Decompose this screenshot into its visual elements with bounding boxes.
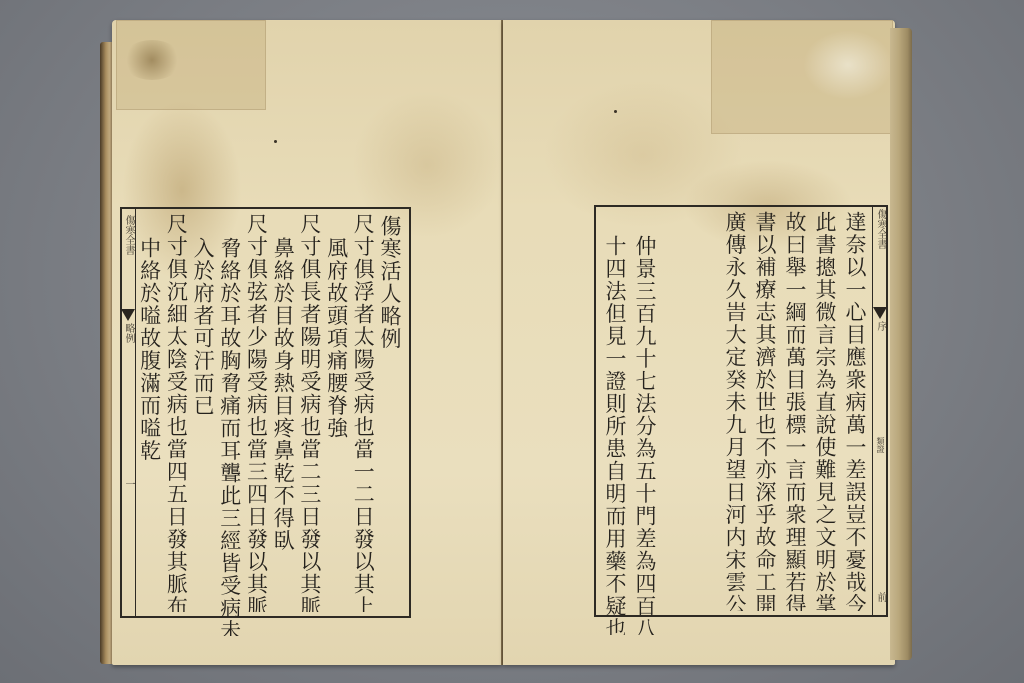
blank-column bbox=[690, 211, 720, 611]
text-column: 達奈以一心目應衆病萬一差誤豈不憂哉今則 bbox=[840, 211, 870, 611]
text-column: 此書摠其微言宗為直說使難見之文明於掌上 bbox=[810, 211, 840, 611]
text-column: 故曰舉一綱而萬目張標一言而衆理顯若得是 bbox=[780, 211, 810, 611]
text-columns: 達奈以一心目應衆病萬一差誤豈不憂哉今則 此書摠其微言宗為直說使難見之文明於掌上 … bbox=[600, 211, 870, 611]
ink-speck bbox=[274, 140, 277, 143]
ink-speck bbox=[614, 110, 617, 113]
fishtail-mark-icon bbox=[121, 309, 135, 321]
fold-section: 略例 bbox=[121, 323, 135, 343]
text-column: 十四法但見一證則所患自明而用藥不疑也 bbox=[600, 211, 630, 635]
fold-title: 傷寒全書 bbox=[873, 209, 887, 249]
fishtail-mark-icon bbox=[873, 307, 887, 319]
text-column: 書以補療志其濟於世也不亦深乎故命工開版 bbox=[750, 211, 780, 611]
fold-bottom-mark: 前 bbox=[873, 592, 887, 602]
open-book: 傷寒全書 略例 一 傷寒活人略例 尺寸俱浮者太陽受病也當一二日發以其上連 風府故… bbox=[0, 0, 1024, 683]
text-column: 仲景三百九十七法分為五十門差為四百八 bbox=[630, 211, 660, 635]
fold-page-mark: 類證 bbox=[873, 437, 887, 453]
fold-title: 傷寒全書 bbox=[121, 215, 135, 255]
page-edges bbox=[890, 28, 912, 660]
text-column: 尺寸俱弦者少陽受病也當三四日發以其脈循 bbox=[245, 213, 272, 612]
fold-section: 序 bbox=[873, 321, 887, 331]
text-columns: 傷寒活人略例 尺寸俱浮者太陽受病也當一二日發以其上連 風府故頭項痛腰脊強 尺寸俱… bbox=[138, 213, 405, 612]
text-column: 尺寸俱沉細太陰受病也當四五日發其脈布胃 bbox=[165, 213, 192, 612]
fold-margin: 傷寒全書 序 類證 前 bbox=[872, 207, 888, 615]
text-column: 尺寸俱長者陽明受病也當二三日發以其脈夾 bbox=[298, 213, 325, 612]
paper-repair-patch bbox=[116, 20, 266, 110]
text-column: 風府故頭項痛腰脊強 bbox=[325, 213, 352, 636]
text-column: 脅絡於耳故胸脅痛而耳聾此三經皆受病未 bbox=[218, 213, 245, 636]
text-column: 入於府者可汗而已 bbox=[191, 213, 218, 636]
paper-repair-patch bbox=[711, 20, 893, 134]
blank-column bbox=[660, 211, 690, 611]
text-column: 尺寸俱浮者太陽受病也當一二日發以其上連 bbox=[352, 213, 379, 612]
left-text-frame: 傷寒全書 略例 一 傷寒活人略例 尺寸俱浮者太陽受病也當一二日發以其上連 風府故… bbox=[120, 207, 411, 618]
text-column: 鼻絡於目故身熱目疼鼻乾不得臥 bbox=[271, 213, 298, 636]
text-column: 中絡於嗌故腹滿而嗌乾 bbox=[138, 213, 165, 636]
heading-column: 傷寒活人略例 bbox=[378, 213, 405, 614]
right-text-frame: 傷寒全書 序 類證 前 達奈以一心目應衆病萬一差誤豈不憂哉今則 此書摠其微言宗為… bbox=[594, 205, 888, 617]
text-column: 廣傳永久旹大定癸未九月望日河内宋雲公述 bbox=[720, 211, 750, 611]
fold-margin: 傷寒全書 略例 一 bbox=[120, 209, 136, 616]
fold-page-mark: 一 bbox=[121, 479, 135, 489]
